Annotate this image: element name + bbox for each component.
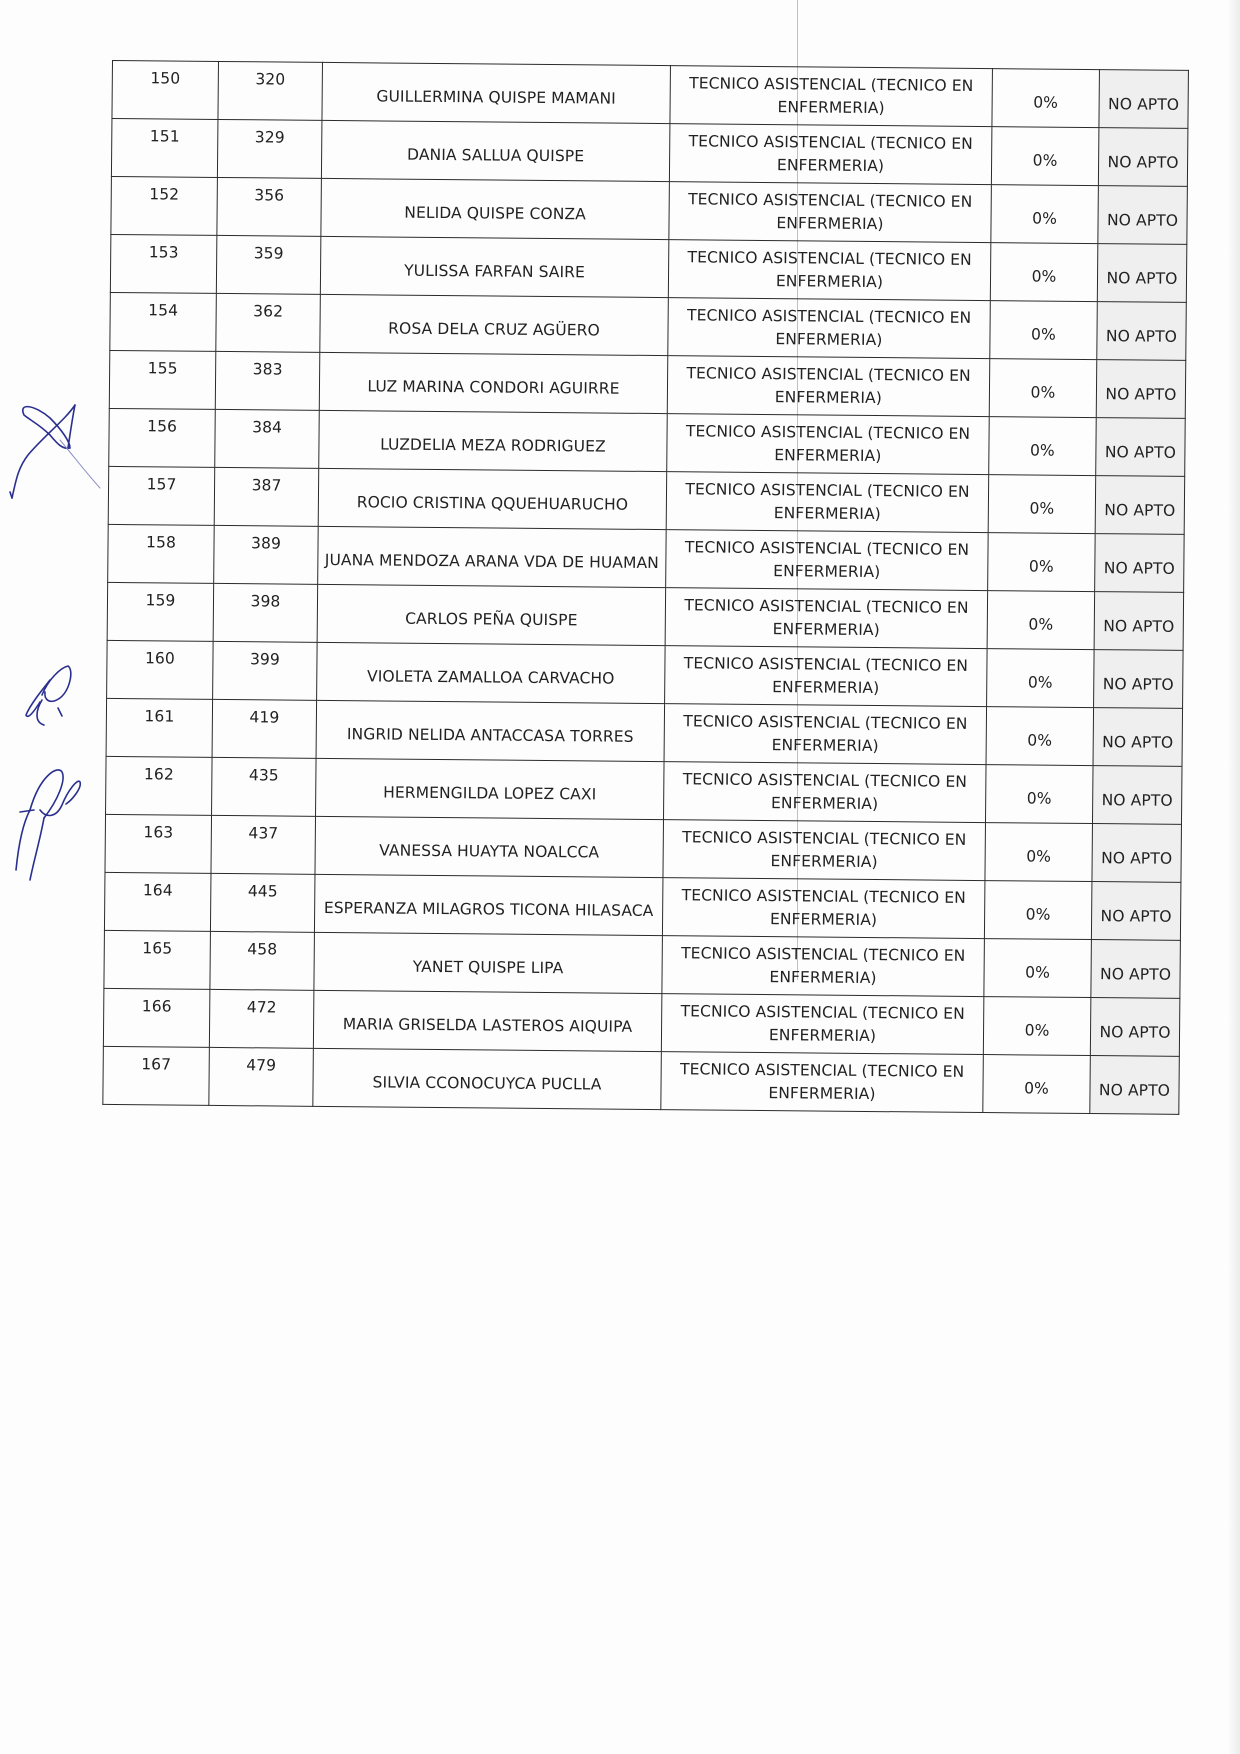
score-percent-cell: 0% bbox=[983, 997, 1091, 1056]
score-percent-cell: 0% bbox=[992, 69, 1100, 128]
position-line-2: ENFERMERIA) bbox=[661, 1081, 982, 1107]
table-row: 164445ESPERANZA MILAGROS TICONA HILASACA… bbox=[104, 872, 1180, 940]
position-cell: TECNICO ASISTENCIAL (TECNICO ENENFERMERI… bbox=[663, 820, 986, 881]
row-number-cell: 165 bbox=[104, 930, 211, 989]
applicant-code-cell: 356 bbox=[217, 177, 322, 236]
row-number-cell: 167 bbox=[103, 1046, 210, 1105]
position-line-1: TECNICO ASISTENCIAL (TECNICO EN bbox=[667, 420, 988, 446]
position-line-1: TECNICO ASISTENCIAL (TECNICO EN bbox=[668, 362, 989, 388]
result-status-cell: NO APTO bbox=[1092, 824, 1182, 883]
position-cell: TECNICO ASISTENCIAL (TECNICO ENENFERMERI… bbox=[661, 1052, 984, 1113]
results-table: 150320GUILLERMINA QUISPE MAMANITECNICO A… bbox=[102, 60, 1189, 1115]
score-percent-cell: 0% bbox=[989, 417, 1097, 476]
position-line-2: ENFERMERIA) bbox=[662, 1023, 983, 1049]
position-line-1: TECNICO ASISTENCIAL (TECNICO EN bbox=[669, 304, 990, 330]
position-line-2: ENFERMERIA) bbox=[668, 327, 989, 353]
result-status-cell: NO APTO bbox=[1094, 650, 1184, 709]
applicant-code-cell: 389 bbox=[214, 525, 319, 584]
applicant-name-cell: ROCIO CRISTINA QQUEHUARUCHO bbox=[318, 468, 667, 529]
applicant-name-cell: YULISSA FARFAN SAIRE bbox=[320, 236, 669, 297]
position-cell: TECNICO ASISTENCIAL (TECNICO ENENFERMERI… bbox=[668, 298, 991, 359]
position-cell: TECNICO ASISTENCIAL (TECNICO ENENFERMERI… bbox=[670, 66, 993, 127]
handwritten-signatures bbox=[0, 380, 130, 910]
applicant-name-cell: ESPERANZA MILAGROS TICONA HILASACA bbox=[314, 874, 663, 935]
score-percent-cell: 0% bbox=[990, 243, 1098, 302]
score-percent-cell: 0% bbox=[988, 533, 1096, 592]
applicant-name-cell: INGRID NELIDA ANTACCASA TORRES bbox=[316, 700, 665, 761]
row-number-cell: 152 bbox=[111, 176, 218, 235]
applicant-code-cell: 435 bbox=[212, 757, 317, 816]
result-status-cell: NO APTO bbox=[1094, 592, 1184, 651]
applicant-code-cell: 387 bbox=[214, 467, 319, 526]
score-percent-cell: 0% bbox=[987, 649, 1095, 708]
score-percent-cell: 0% bbox=[983, 1055, 1091, 1114]
score-percent-cell: 0% bbox=[988, 475, 1096, 534]
applicant-code-cell: 320 bbox=[218, 61, 323, 120]
table-row: 157387ROCIO CRISTINA QQUEHUARUCHOTECNICO… bbox=[108, 466, 1184, 534]
score-percent-cell: 0% bbox=[985, 765, 1093, 824]
applicant-code-cell: 362 bbox=[216, 293, 321, 352]
position-line-2: ENFERMERIA) bbox=[663, 907, 984, 933]
applicant-code-cell: 329 bbox=[217, 119, 322, 178]
applicant-code-cell: 479 bbox=[209, 1047, 314, 1106]
position-line-1: TECNICO ASISTENCIAL (TECNICO EN bbox=[665, 710, 986, 736]
score-percent-cell: 0% bbox=[984, 939, 1092, 998]
results-table-container: 150320GUILLERMINA QUISPE MAMANITECNICO A… bbox=[102, 60, 1188, 1115]
table-row: 156384LUZDELIA MEZA RODRIGUEZTECNICO ASI… bbox=[109, 408, 1185, 476]
result-status-cell: NO APTO bbox=[1093, 708, 1183, 767]
position-cell: TECNICO ASISTENCIAL (TECNICO ENENFERMERI… bbox=[662, 936, 985, 997]
position-line-2: ENFERMERIA) bbox=[668, 385, 989, 411]
position-cell: TECNICO ASISTENCIAL (TECNICO ENENFERMERI… bbox=[666, 530, 989, 591]
score-percent-cell: 0% bbox=[991, 127, 1099, 186]
row-number-cell: 151 bbox=[111, 118, 218, 177]
result-status-cell: NO APTO bbox=[1096, 418, 1186, 477]
result-status-cell: NO APTO bbox=[1092, 766, 1182, 825]
position-line-1: TECNICO ASISTENCIAL (TECNICO EN bbox=[667, 478, 988, 504]
applicant-code-cell: 437 bbox=[211, 815, 316, 874]
applicant-code-cell: 398 bbox=[213, 583, 318, 642]
position-cell: TECNICO ASISTENCIAL (TECNICO ENENFERMERI… bbox=[665, 646, 988, 707]
position-line-2: ENFERMERIA) bbox=[667, 501, 988, 527]
position-line-1: TECNICO ASISTENCIAL (TECNICO EN bbox=[666, 594, 987, 620]
position-cell: TECNICO ASISTENCIAL (TECNICO ENENFERMERI… bbox=[664, 704, 987, 765]
table-row: 159398CARLOS PEÑA QUISPETECNICO ASISTENC… bbox=[107, 582, 1183, 650]
row-number-cell: 150 bbox=[112, 60, 219, 119]
table-row: 158389JUANA MENDOZA ARANA VDA DE HUAMANT… bbox=[108, 524, 1184, 592]
result-status-cell: NO APTO bbox=[1090, 1056, 1180, 1115]
result-status-cell: NO APTO bbox=[1090, 998, 1180, 1057]
position-line-1: TECNICO ASISTENCIAL (TECNICO EN bbox=[663, 942, 984, 968]
applicant-name-cell: SILVIA CCONOCUYCA PUCLLA bbox=[313, 1048, 662, 1109]
position-line-2: ENFERMERIA) bbox=[665, 733, 986, 759]
applicant-code-cell: 399 bbox=[213, 641, 318, 700]
results-table-body: 150320GUILLERMINA QUISPE MAMANITECNICO A… bbox=[103, 60, 1189, 1114]
position-cell: TECNICO ASISTENCIAL (TECNICO ENENFERMERI… bbox=[663, 762, 986, 823]
position-line-1: TECNICO ASISTENCIAL (TECNICO EN bbox=[664, 826, 985, 852]
applicant-name-cell: HERMENGILDA LOPEZ CAXI bbox=[316, 758, 665, 819]
position-line-2: ENFERMERIA) bbox=[664, 791, 985, 817]
signature-3-icon bbox=[16, 770, 80, 880]
position-line-2: ENFERMERIA) bbox=[666, 559, 987, 585]
result-status-cell: NO APTO bbox=[1095, 476, 1185, 535]
result-status-cell: NO APTO bbox=[1096, 360, 1186, 419]
applicant-name-cell: CARLOS PEÑA QUISPE bbox=[317, 584, 666, 645]
table-row: 154362ROSA DELA CRUZ AGÜEROTECNICO ASIST… bbox=[110, 292, 1186, 360]
result-status-cell: NO APTO bbox=[1097, 244, 1187, 303]
scan-edge-shadow bbox=[1226, 0, 1240, 1754]
position-cell: TECNICO ASISTENCIAL (TECNICO ENENFERMERI… bbox=[669, 182, 992, 243]
position-line-1: TECNICO ASISTENCIAL (TECNICO EN bbox=[663, 884, 984, 910]
score-percent-cell: 0% bbox=[987, 591, 1095, 650]
table-row: 167479SILVIA CCONOCUYCA PUCLLATECNICO AS… bbox=[103, 1046, 1179, 1114]
position-line-1: TECNICO ASISTENCIAL (TECNICO EN bbox=[666, 536, 987, 562]
table-row: 161419INGRID NELIDA ANTACCASA TORRESTECN… bbox=[106, 698, 1182, 766]
position-line-1: TECNICO ASISTENCIAL (TECNICO EN bbox=[670, 130, 991, 156]
position-line-2: ENFERMERIA) bbox=[664, 849, 985, 875]
applicant-code-cell: 383 bbox=[215, 351, 320, 410]
signature-2-icon bbox=[26, 666, 71, 725]
position-line-1: TECNICO ASISTENCIAL (TECNICO EN bbox=[669, 246, 990, 272]
table-row: 153359YULISSA FARFAN SAIRETECNICO ASISTE… bbox=[110, 234, 1186, 302]
position-cell: TECNICO ASISTENCIAL (TECNICO ENENFERMERI… bbox=[665, 588, 988, 649]
applicant-name-cell: JUANA MENDOZA ARANA VDA DE HUAMAN bbox=[318, 526, 667, 587]
table-row: 155383LUZ MARINA CONDORI AGUIRRETECNICO … bbox=[109, 350, 1185, 418]
position-cell: TECNICO ASISTENCIAL (TECNICO ENENFERMERI… bbox=[668, 240, 991, 301]
scanned-page: 150320GUILLERMINA QUISPE MAMANITECNICO A… bbox=[0, 0, 1240, 1754]
score-percent-cell: 0% bbox=[990, 301, 1098, 360]
applicant-name-cell: MARIA GRISELDA LASTEROS AIQUIPA bbox=[313, 990, 662, 1051]
position-line-1: TECNICO ASISTENCIAL (TECNICO EN bbox=[671, 72, 992, 98]
position-line-2: ENFERMERIA) bbox=[669, 269, 990, 295]
position-cell: TECNICO ASISTENCIAL (TECNICO ENENFERMERI… bbox=[667, 356, 990, 417]
result-status-cell: NO APTO bbox=[1097, 302, 1187, 361]
row-number-cell: 153 bbox=[110, 234, 217, 293]
table-row: 150320GUILLERMINA QUISPE MAMANITECNICO A… bbox=[112, 60, 1188, 128]
position-line-1: TECNICO ASISTENCIAL (TECNICO EN bbox=[662, 1000, 983, 1026]
applicant-name-cell: ROSA DELA CRUZ AGÜERO bbox=[320, 294, 669, 355]
position-line-2: ENFERMERIA) bbox=[666, 617, 987, 643]
row-number-cell: 166 bbox=[103, 988, 210, 1047]
table-row: 162435HERMENGILDA LOPEZ CAXITECNICO ASIS… bbox=[106, 756, 1182, 824]
table-row: 165458YANET QUISPE LIPATECNICO ASISTENCI… bbox=[104, 930, 1180, 998]
applicant-code-cell: 384 bbox=[215, 409, 320, 468]
score-percent-cell: 0% bbox=[989, 359, 1097, 418]
position-cell: TECNICO ASISTENCIAL (TECNICO ENENFERMERI… bbox=[666, 472, 989, 533]
position-line-1: TECNICO ASISTENCIAL (TECNICO EN bbox=[665, 652, 986, 678]
applicant-code-cell: 419 bbox=[212, 699, 317, 758]
result-status-cell: NO APTO bbox=[1099, 70, 1189, 129]
position-line-1: TECNICO ASISTENCIAL (TECNICO EN bbox=[662, 1058, 983, 1084]
applicant-name-cell: VIOLETA ZAMALLOA CARVACHO bbox=[317, 642, 666, 703]
applicant-code-cell: 359 bbox=[216, 235, 321, 294]
table-row: 163437VANESSA HUAYTA NOALCCATECNICO ASIS… bbox=[105, 814, 1181, 882]
table-row: 151329DANIA SALLUA QUISPETECNICO ASISTEN… bbox=[111, 118, 1187, 186]
row-number-cell: 154 bbox=[110, 292, 217, 351]
table-row: 152356NELIDA QUISPE CONZATECNICO ASISTEN… bbox=[111, 176, 1187, 244]
applicant-name-cell: GUILLERMINA QUISPE MAMANI bbox=[322, 62, 671, 123]
applicant-name-cell: DANIA SALLUA QUISPE bbox=[321, 120, 670, 181]
result-status-cell: NO APTO bbox=[1098, 186, 1188, 245]
position-line-1: TECNICO ASISTENCIAL (TECNICO EN bbox=[670, 188, 991, 214]
position-line-2: ENFERMERIA) bbox=[670, 95, 991, 121]
position-line-2: ENFERMERIA) bbox=[667, 443, 988, 469]
position-line-1: TECNICO ASISTENCIAL (TECNICO EN bbox=[664, 768, 985, 794]
position-line-2: ENFERMERIA) bbox=[665, 675, 986, 701]
applicant-code-cell: 458 bbox=[210, 931, 315, 990]
position-cell: TECNICO ASISTENCIAL (TECNICO ENENFERMERI… bbox=[667, 414, 990, 475]
position-line-2: ENFERMERIA) bbox=[662, 965, 983, 991]
signature-1-icon bbox=[10, 405, 100, 498]
score-percent-cell: 0% bbox=[986, 707, 1094, 766]
result-status-cell: NO APTO bbox=[1091, 882, 1181, 941]
score-percent-cell: 0% bbox=[991, 185, 1099, 244]
applicant-name-cell: LUZ MARINA CONDORI AGUIRRE bbox=[319, 352, 668, 413]
score-percent-cell: 0% bbox=[984, 881, 1092, 940]
result-status-cell: NO APTO bbox=[1098, 128, 1188, 187]
table-row: 166472MARIA GRISELDA LASTEROS AIQUIPATEC… bbox=[103, 988, 1179, 1056]
applicant-name-cell: LUZDELIA MEZA RODRIGUEZ bbox=[319, 410, 668, 471]
applicant-name-cell: YANET QUISPE LIPA bbox=[314, 932, 663, 993]
position-cell: TECNICO ASISTENCIAL (TECNICO ENENFERMERI… bbox=[661, 994, 984, 1055]
position-cell: TECNICO ASISTENCIAL (TECNICO ENENFERMERI… bbox=[669, 124, 992, 185]
applicant-code-cell: 472 bbox=[209, 989, 314, 1048]
position-line-2: ENFERMERIA) bbox=[669, 211, 990, 237]
position-cell: TECNICO ASISTENCIAL (TECNICO ENENFERMERI… bbox=[662, 878, 985, 939]
applicant-code-cell: 445 bbox=[210, 873, 315, 932]
applicant-name-cell: VANESSA HUAYTA NOALCCA bbox=[315, 816, 664, 877]
result-status-cell: NO APTO bbox=[1091, 940, 1181, 999]
result-status-cell: NO APTO bbox=[1095, 534, 1185, 593]
table-row: 160399VIOLETA ZAMALLOA CARVACHOTECNICO A… bbox=[107, 640, 1183, 708]
score-percent-cell: 0% bbox=[985, 823, 1093, 882]
position-line-2: ENFERMERIA) bbox=[670, 153, 991, 179]
applicant-name-cell: NELIDA QUISPE CONZA bbox=[321, 178, 670, 239]
